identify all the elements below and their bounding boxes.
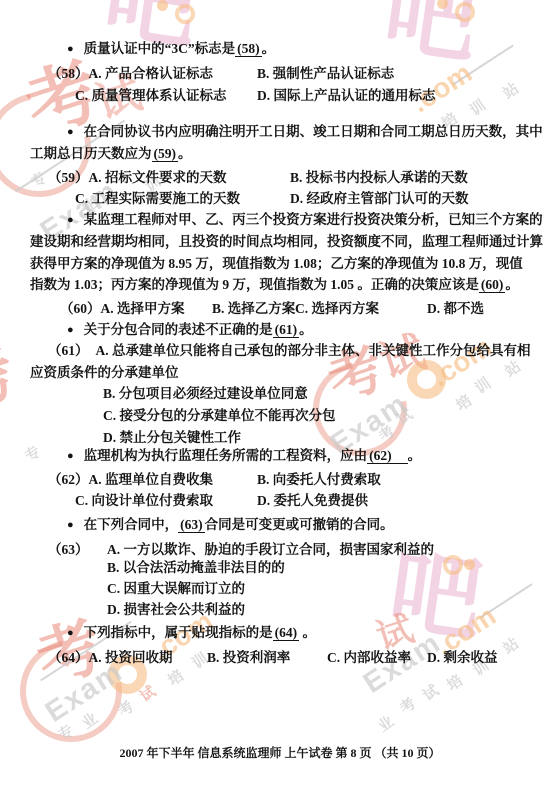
q62-option-d: D. 委托人免费提供 <box>257 489 368 509</box>
q59-options-row-1: （59）A. 招标文件要求的天数 B. 投标书内投标人承诺的天数 <box>0 166 560 186</box>
q60-blank: (60) <box>479 277 506 293</box>
q58-option-a: （58）A. 产品合格认证标志 <box>48 62 213 82</box>
q61-option-b: B. 分包项目必须经过建设单位同意 <box>103 385 308 402</box>
q59-stem-line1: ●在合同协议书内应明确注明开工日期、竣工日期和合同工期总日历天数，其中 <box>67 123 543 141</box>
exam-paper-page: 吧 吧 .com 站 训 培 考 试 专 业 训 Exam 考 试 .com E… <box>0 0 560 789</box>
bullet-icon: ● <box>67 324 74 336</box>
q63-option-a-row: （63） A. 一方以欺诈、胁迫的手段订立合同，损害国家利益的 <box>0 538 560 558</box>
q59-options-row-2: C. 工程实际需要施工的天数 D. 经政府主管部门认可的天数 <box>0 187 560 207</box>
q60-stem-line1: ●某监理工程师对甲、乙、丙三个投资方案进行投资决策分析，已知三个方案的 <box>67 211 543 229</box>
q58-option-c: C. 质量管理体系认证标志 <box>75 84 227 104</box>
q64-option-d: D. 剩余收益 <box>427 646 498 666</box>
q59-blank: (59) <box>152 146 179 162</box>
q58-stem: ●质量认证中的“3C”标志是(58)。 <box>67 40 275 58</box>
exam-content: ●质量认证中的“3C”标志是(58)。 （58）A. 产品合格认证标志 B. 强… <box>0 0 560 789</box>
q58-option-d: D. 国际上产品认证的通用标志 <box>257 84 436 104</box>
q60-stem-line2: 建设期和经营期均相同，且投资的时间点均相同，投资额度不同，监理工程师通过计算 <box>30 233 543 250</box>
q64-options-row: （64）A. 投资回收期 B. 投资利润率 C. 内部收益率 D. 剩余收益 <box>0 646 560 666</box>
page-footer: 2007 年下半年 信息系统监理师 上午试卷 第 8 页 （共 10 页） <box>0 744 560 761</box>
q58-options-row-1: （58）A. 产品合格认证标志 B. 强制性产品认证标志 <box>0 62 560 82</box>
q59-option-d: D. 经政府主管部门认可的天数 <box>290 187 469 207</box>
bullet-icon: ● <box>67 214 74 226</box>
bullet-icon: ● <box>67 43 74 55</box>
q59-option-c: C. 工程实际需要施工的天数 <box>75 187 240 207</box>
q63-option-d: D. 损害社会公共利益的 <box>107 601 245 618</box>
q62-blank: (62) <box>367 448 408 464</box>
bullet-icon: ● <box>67 126 74 138</box>
q61-option-d: D. 禁止分包关键性工作 <box>103 429 241 446</box>
bullet-icon: ● <box>67 627 74 639</box>
q63-number: （63） <box>48 538 89 558</box>
q62-options-row-2: C. 向设计单位付费索取 D. 委托人免费提供 <box>0 489 560 509</box>
q64-option-b: B. 投资利润率 <box>207 646 290 666</box>
q62-stem: ●监理机构为执行监理任务所需的工程资料，应由(62)。 <box>67 447 421 465</box>
bullet-icon: ● <box>67 519 74 531</box>
q61-option-a-line2: 应资质条件的分承建单位 <box>30 364 179 381</box>
bullet-icon: ● <box>67 450 74 462</box>
q62-option-b: B. 向委托人付费索取 <box>257 468 381 488</box>
q61-option-c: C. 接受分包的分承建单位不能再次分包 <box>103 407 336 424</box>
q64-blank: (64) <box>273 625 300 641</box>
q64-stem: ●下列指标中，属于贴现指标的是(64) 。 <box>67 624 316 642</box>
q62-option-c: C. 向设计单位付费索取 <box>75 489 213 509</box>
q58-option-b: B. 强制性产品认证标志 <box>257 62 394 82</box>
q59-option-a: （59）A. 招标文件要求的天数 <box>48 166 227 186</box>
q61-option-a-line1: （61）A. 总承建单位只能将自己承包的部分非主体、非关键性工作分包给具有相 <box>48 342 531 359</box>
q60-stem-line4: 指数为 1.03；丙方案的净现值为 9 万，现值指数为 1.05 。正确的决策应… <box>30 276 519 293</box>
q59-option-b: B. 投标书内投标人承诺的天数 <box>290 166 468 186</box>
q60-stem-line3: 获得甲方案的净现值为 8.95 万，现值指数为 1.08；乙方案的净现值为 10… <box>30 255 523 272</box>
q58-blank: (58) <box>235 41 262 57</box>
q63-stem: ●在下列合同中，(63)合同是可变更或可撤销的合同。 <box>67 516 394 534</box>
q61-stem: ●关于分包合同的表述不正确的是(61)。 <box>67 321 313 339</box>
q64-option-c: C. 内部收益率 <box>327 646 411 666</box>
q61-blank: (61) <box>273 322 300 338</box>
q60-option-c: C. 选择丙方案 <box>295 297 379 317</box>
q60-option-b: B. 选择乙方案 <box>212 297 295 317</box>
q60-option-d: D. 都不选 <box>427 297 484 317</box>
q59-stem-line2: 工期总日历天数应为(59)。 <box>30 145 192 162</box>
q64-option-a: （64）A. 投资回收期 <box>48 646 173 666</box>
q63-option-a: A. 一方以欺诈、胁迫的手段订立合同，损害国家利益的 <box>107 538 434 558</box>
q60-options-row: （60）A. 选择甲方案 B. 选择乙方案 C. 选择丙方案 D. 都不选 <box>0 297 560 317</box>
q58-options-row-2: C. 质量管理体系认证标志 D. 国际上产品认证的通用标志 <box>0 84 560 104</box>
q63-blank: (63) <box>178 517 205 533</box>
q62-option-a: （62）A. 监理单位自费收集 <box>48 468 213 488</box>
q63-option-c: C. 因重大误解而订立的 <box>107 580 245 597</box>
q62-options-row-1: （62）A. 监理单位自费收集 B. 向委托人付费索取 <box>0 468 560 488</box>
q60-option-a: （60）A. 选择甲方案 <box>60 297 185 317</box>
q63-option-b: B. 以合法活动掩盖非法目的的 <box>107 559 285 576</box>
